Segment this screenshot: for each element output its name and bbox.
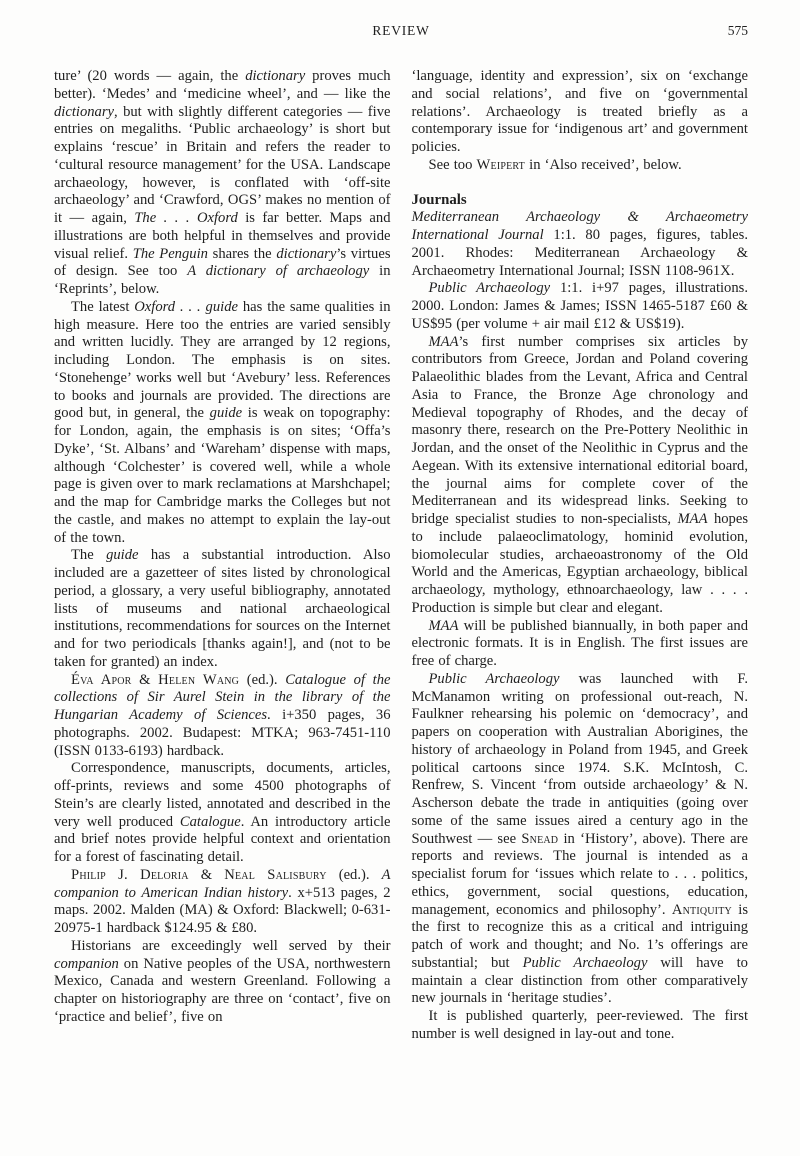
running-head: REVIEW 575 [54,22,748,40]
section-heading: Journals [412,192,749,210]
text-run: & [189,867,224,883]
text-run: Neal Salisbury [224,867,326,883]
text-run: shares the [208,246,276,262]
text-run: ’s first number comprises six articles b… [412,334,749,528]
paragraph: The guide has a substantial introduction… [54,547,391,671]
text-run: has the same qualities in high measure. … [54,299,391,422]
text-run: Philip J. Deloria [71,867,189,883]
text-run: Catalogue [180,814,241,830]
text-run: Weipert [477,157,525,173]
text-run: Helen Wang [158,672,239,688]
text-run: ‘language, identity and expression’, six… [412,68,749,155]
paragraph: It is published quarterly, peer-reviewed… [412,1008,749,1044]
running-head-title: REVIEW [54,22,748,40]
text-run: Journals [412,192,467,208]
text-run: (ed.). [239,672,285,688]
text-run: A dictionary of archaeology [187,263,369,279]
paragraph: MAA’s first number comprises six article… [412,334,749,618]
journal-review-page: REVIEW 575 ture’ (20 words — again, the … [0,0,800,1156]
text-run: guide [210,405,242,421]
page-number: 575 [728,22,748,40]
text-run: guide [106,547,138,563]
text-run: companion [54,956,119,972]
text-run: Public Archaeology [429,280,551,296]
text-run: The [71,547,106,563]
text-run: Public Archaeology [523,955,648,971]
text-run: , but with slightly different categories… [54,104,391,227]
paragraph: See too Weipert in ‘Also received’, belo… [412,157,749,175]
paragraph: ‘language, identity and expression’, six… [412,68,749,157]
text-run: ture’ (20 words — again, the [54,68,245,84]
text-run: Historians are exceedingly well served b… [71,938,391,954]
paragraph: Philip J. Deloria & Neal Salisbury (ed.)… [54,867,391,938]
paragraph: Éva Apor & Helen Wang (ed.). Catalogue o… [54,672,391,761]
text-run: MAA [678,511,708,527]
text-run: dictionary [245,68,305,84]
text-run: has a substantial introduction. Also inc… [54,547,391,670]
paragraph: Correspondence, manuscripts, documents, … [54,760,391,867]
text-run: The . . . Oxford [134,210,237,226]
text-run: will be published biannually, in both pa… [412,618,749,670]
text-columns: ture’ (20 words — again, the dictionary … [54,68,748,1044]
text-run: Snead [521,831,558,847]
paragraph: Historians are exceedingly well served b… [54,938,391,1027]
paragraph: Public Archaeology was launched with F. … [412,671,749,1008]
paragraph: MAA will be published biannually, in bot… [412,618,749,671]
right-column: ‘language, identity and expression’, six… [412,68,749,1044]
text-run: dictionary [276,246,336,262]
text-run: in ‘Also received’, below. [525,157,682,173]
text-run: See too [429,157,477,173]
text-run: It is published quarterly, peer-reviewed… [412,1008,749,1042]
text-run: was launched with F. McManamon writing o… [412,671,749,847]
text-run: dictionary [54,104,114,120]
text-run: MAA [429,334,459,350]
text-run: & [132,672,159,688]
text-run: Éva Apor [71,672,132,688]
text-run: Antiquity [672,902,732,918]
paragraph: Public Archaeology 1:1. i+97 pages, illu… [412,280,749,333]
text-run: The latest [71,299,134,315]
text-run: (ed.). [327,867,382,883]
text-run: Oxford . . . guide [134,299,238,315]
text-run: MAA [429,618,459,634]
paragraph: The latest Oxford . . . guide has the sa… [54,299,391,548]
paragraph: Mediterranean Archaeology & Archaeometry… [412,209,749,280]
text-run: Public Archaeology [429,671,560,687]
left-column: ture’ (20 words — again, the dictionary … [54,68,391,1044]
paragraph: ture’ (20 words — again, the dictionary … [54,68,391,299]
text-run: The Penguin [133,246,208,262]
text-run: is weak on topography: for London, again… [54,405,391,545]
